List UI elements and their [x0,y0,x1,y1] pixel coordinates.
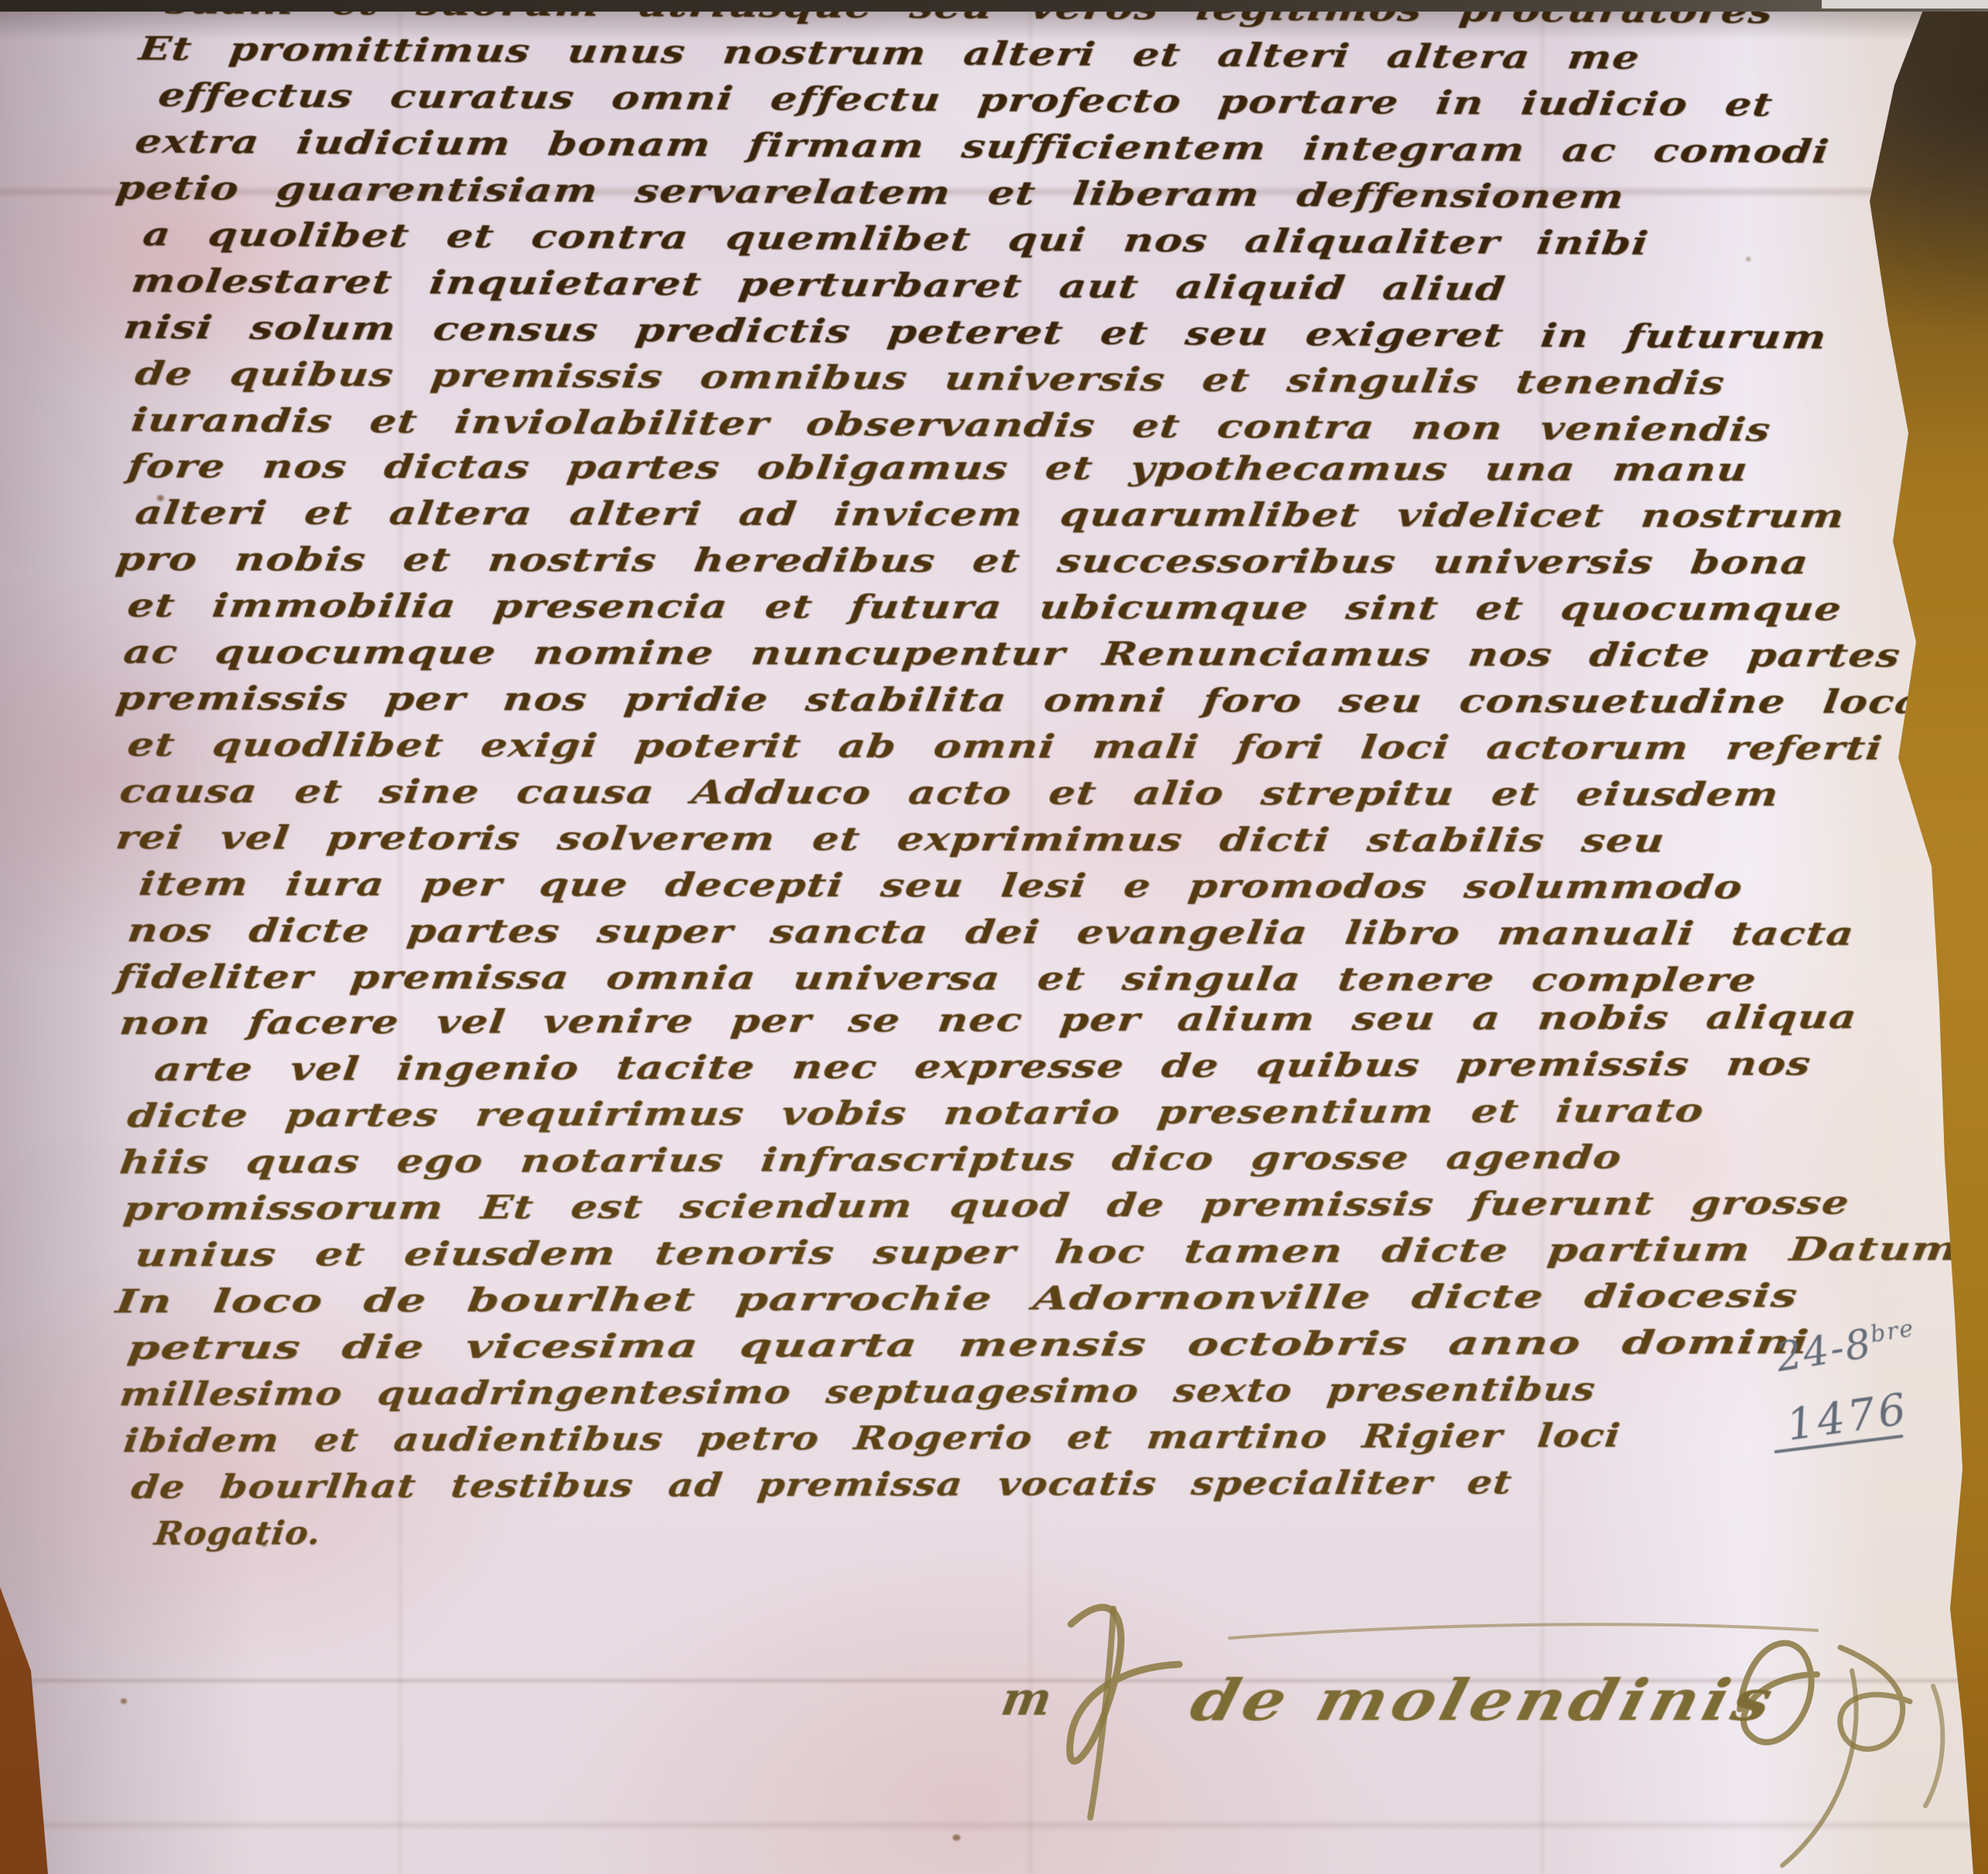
manuscript-line: ibidem et audientibus petro Rogerio et m… [124,1415,1910,1468]
manuscript-line: dicte partes requirimus vobis notario pr… [128,1091,1910,1143]
manuscript-photo: suam et suorum utriusque seu veros legit… [0,0,1988,1874]
manuscript-line: pro nobis et nostris heredibus et succes… [116,540,1910,590]
manuscript-line: fore nos dictas partes obligamus et ypot… [128,447,1910,497]
manuscript-line: millesimo quadringentesimo septuagesimo … [120,1369,1910,1422]
ink-spot [121,1698,127,1704]
notary-signature-block: m de molendinis [997,1593,1972,1872]
manuscript-line: et immobilia presencia et futura ubicumq… [128,586,1910,637]
signature-prefix: m [997,1672,1056,1726]
manuscript-line: nos dicte partes super sancta dei evange… [128,911,1910,961]
manuscript-line: de bourlhat testibus ad premissa vocatis… [131,1462,1910,1514]
photo-top-right-highlight [1822,0,1988,9]
pencil-archival-annotation: 24-8bre 1476 [1775,1319,1976,1446]
manuscript-line: In loco de bourlhet parrochie Adornonvil… [116,1276,1910,1329]
manuscript-line: Rogatio. [155,1508,1910,1561]
manuscript-line: et quodlibet exigi poterit ab omni mali … [128,725,1910,776]
manuscript-line: petrus die vicesima quarta mensis octobr… [128,1323,1910,1375]
manuscript-line: item iura per que decepti seu lesi e pro… [139,865,1910,915]
manuscript-line: non facere vel venire per se nec per ali… [120,998,1910,1050]
manuscript-line: rei vel pretoris solverem et exprimimus … [116,818,1910,869]
manuscript-line: promissorum Et est sciendum quod de prem… [124,1183,1910,1236]
manuscript-line: premissis per nos pridie stabilita omni … [116,679,1910,729]
manuscript-line: hiis quas ego notarius infrascriptus dic… [120,1137,1910,1190]
manuscript-line: alteri et altera alteri ad invicem quaru… [135,493,1910,544]
manuscript-line: ac quocumque nomine nuncupentur Renuncia… [124,633,1910,683]
manuscript-line: causa et sine causa Adduco acto et alio … [120,772,1910,822]
signature-name: de molendinis [1184,1667,1783,1734]
ink-spot [953,1835,960,1841]
manuscript-line: unius et eiusdem tenoris super hoc tamen… [135,1230,1910,1282]
latin-text-block: suam et suorum utriusque seu veros legit… [131,0,1910,1561]
photo-top-edge-shadow [0,0,1988,12]
parchment-sheet: suam et suorum utriusque seu veros legit… [0,0,1988,1874]
manuscript-line: arte vel ingenio tacite nec expresse de … [155,1044,1910,1097]
